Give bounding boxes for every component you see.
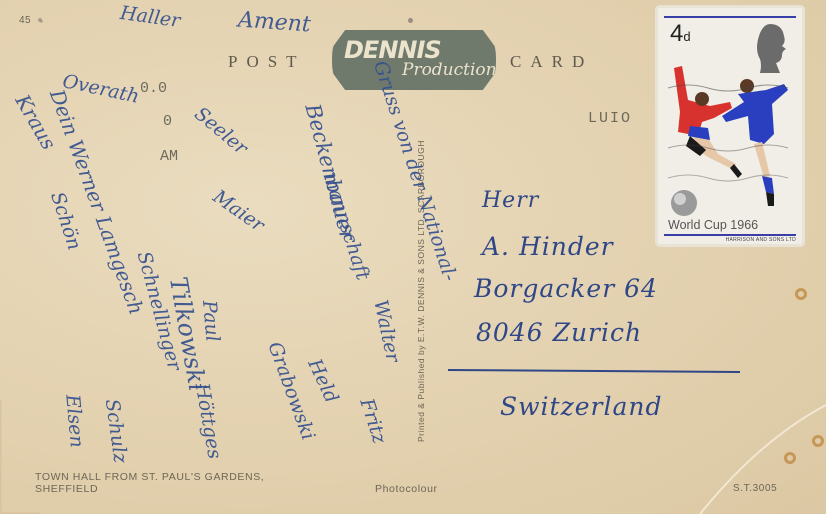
postcard: 45 POST CARD DENNIS Productions Printed … (0, 0, 826, 514)
crease-line (0, 0, 826, 514)
